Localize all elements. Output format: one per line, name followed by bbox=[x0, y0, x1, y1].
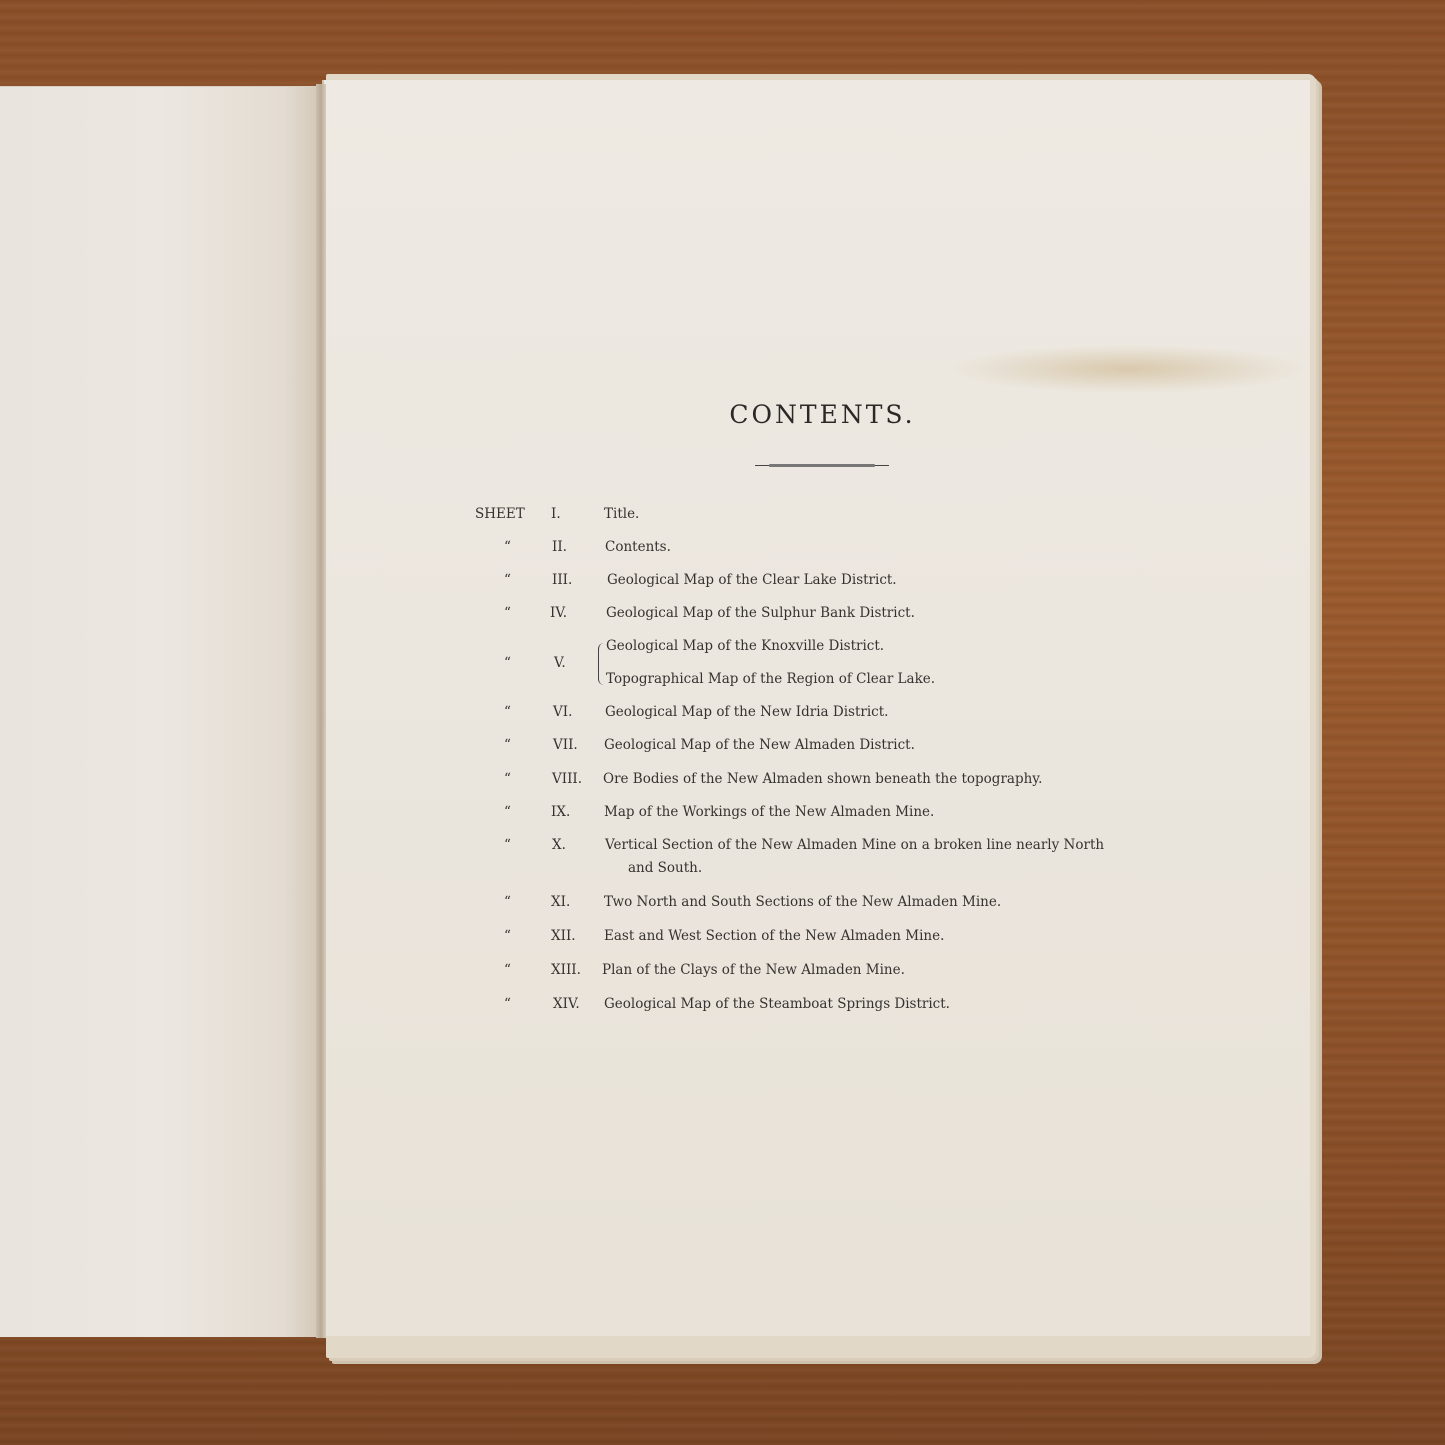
sheet-title: Vertical Section of the New Almaden Mine… bbox=[605, 837, 1104, 853]
sheet-title: Title. bbox=[604, 506, 639, 522]
ditto-mark: “ bbox=[504, 837, 511, 853]
ditto-mark: “ bbox=[504, 572, 511, 588]
ornamental-rule bbox=[755, 464, 889, 467]
sheet-title: Two North and South Sections of the New … bbox=[604, 894, 1001, 910]
contents-title: CONTENTS. bbox=[720, 400, 925, 429]
sheet-numeral: VII. bbox=[553, 737, 578, 753]
sheet-numeral: II. bbox=[552, 539, 567, 555]
sheet-title: Geological Map of the Knoxville District… bbox=[606, 638, 884, 654]
sheet-numeral: I. bbox=[551, 506, 561, 522]
sheet-title: Geological Map of the Clear Lake Distric… bbox=[607, 572, 897, 588]
ditto-mark: “ bbox=[504, 996, 511, 1012]
sheet-title: Geological Map of the New Idria District… bbox=[605, 704, 888, 720]
sheet-title: Geological Map of the Steamboat Springs … bbox=[604, 996, 950, 1012]
left-page bbox=[0, 86, 322, 1337]
ditto-mark: “ bbox=[504, 928, 511, 944]
sheet-numeral: X. bbox=[552, 837, 566, 853]
ditto-mark: “ bbox=[504, 737, 511, 753]
sheet-numeral: IV. bbox=[550, 605, 567, 621]
sheet-numeral: XIV. bbox=[553, 996, 580, 1012]
sheet-numeral: XIII. bbox=[551, 962, 581, 978]
water-stain bbox=[950, 345, 1306, 393]
sheet-numeral: VIII. bbox=[552, 771, 582, 787]
sheet-numeral: XI. bbox=[551, 894, 570, 910]
sheet-title: Ore Bodies of the New Almaden shown bene… bbox=[603, 771, 1042, 787]
sheet-numeral: IX. bbox=[551, 804, 570, 820]
ditto-mark: “ bbox=[504, 771, 511, 787]
ditto-mark: “ bbox=[504, 539, 511, 555]
ditto-mark: “ bbox=[504, 704, 511, 720]
sheet-title: Geological Map of the New Almaden Distri… bbox=[604, 737, 915, 753]
ditto-mark: “ bbox=[504, 605, 511, 621]
sheet-numeral: III. bbox=[552, 572, 572, 588]
ditto-mark: “ bbox=[504, 894, 511, 910]
sheet-label: SHEET bbox=[475, 506, 525, 522]
ditto-mark: “ bbox=[504, 962, 511, 978]
sheet-title: East and West Section of the New Almaden… bbox=[604, 928, 944, 944]
sheet-title: Geological Map of the Sulphur Bank Distr… bbox=[606, 605, 915, 621]
sheet-numeral: XII. bbox=[551, 928, 576, 944]
sheet-title: Topographical Map of the Region of Clear… bbox=[606, 671, 935, 687]
ditto-mark: “ bbox=[504, 655, 511, 671]
brace-bracket bbox=[598, 643, 605, 685]
sheet-title: Plan of the Clays of the New Almaden Min… bbox=[602, 962, 905, 978]
sheet-title: Map of the Workings of the New Almaden M… bbox=[604, 804, 934, 820]
sheet-numeral: VI. bbox=[553, 704, 572, 720]
sheet-numeral: V. bbox=[554, 655, 566, 671]
ditto-mark: “ bbox=[504, 804, 511, 820]
sheet-title: Contents. bbox=[605, 539, 671, 555]
book-gutter bbox=[316, 84, 326, 1338]
sheet-title-continuation: and South. bbox=[628, 860, 702, 876]
